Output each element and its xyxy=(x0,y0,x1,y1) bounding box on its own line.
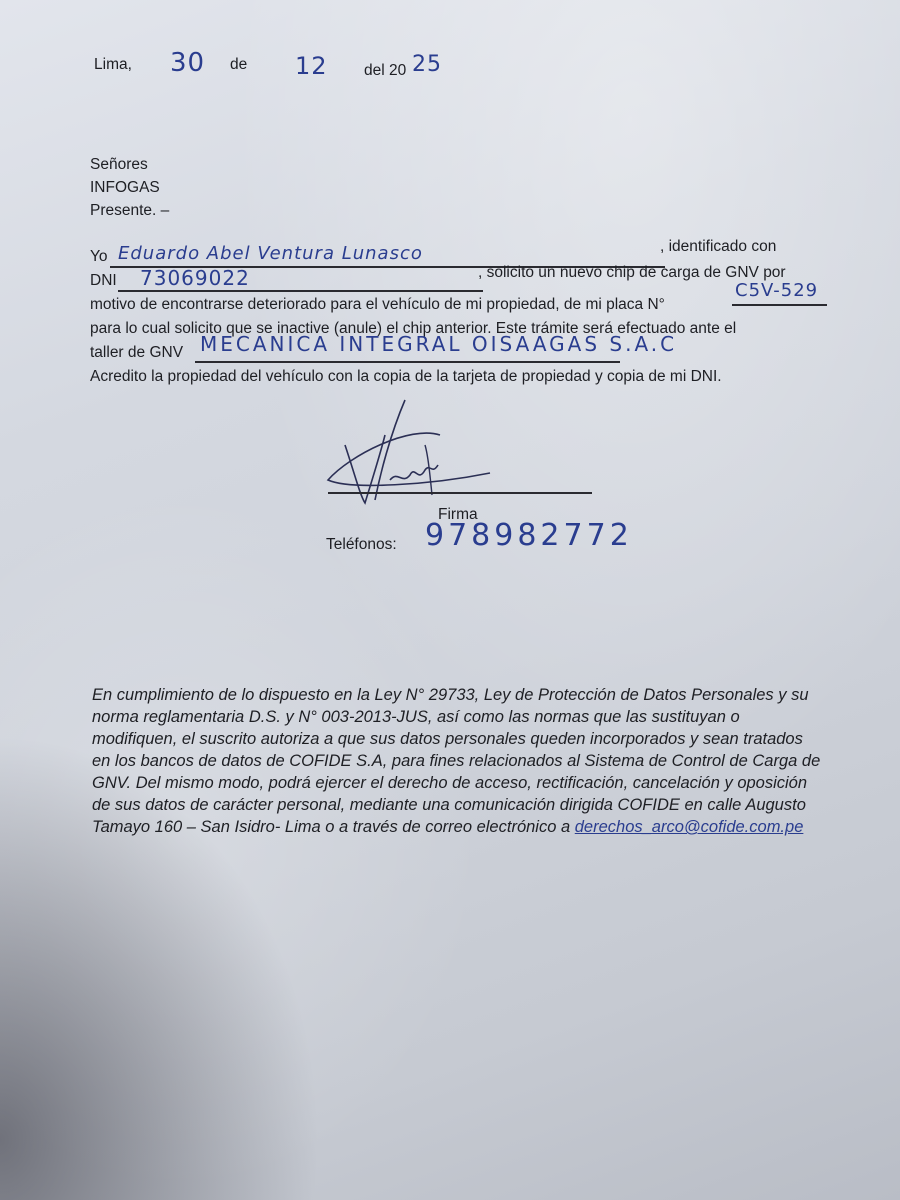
name-field: Eduardo Abel Ventura Lunasco xyxy=(118,243,423,264)
motivo-label: motivo de encontrarse deteriorado para e… xyxy=(90,296,665,314)
addressee-line3: Presente. – xyxy=(90,202,169,220)
taller-label: taller de GNV xyxy=(90,344,183,362)
signature-line xyxy=(328,492,592,494)
legal-line-2: norma reglamentaria D.S. y N° 003-2013-J… xyxy=(92,706,862,728)
taller-field: MECANICA INTEGRAL OISAAGAS S.A.C xyxy=(200,332,677,356)
legal-line-6: de sus datos de carácter personal, media… xyxy=(92,794,862,816)
placa-field: C5V-529 xyxy=(735,280,818,301)
legal-line-3: modifiquen, el suscrito autoriza a que s… xyxy=(92,728,862,750)
legal-line-4: en los bancos de datos de COFIDE S.A, pa… xyxy=(92,750,862,772)
taller-underline xyxy=(195,361,620,363)
identificado-label: , identificado con xyxy=(660,238,776,256)
addressee-line2: INFOGAS xyxy=(90,179,160,197)
addressee-line1: Señores xyxy=(90,156,148,174)
dni-label: DNI xyxy=(90,272,117,290)
de-label: de xyxy=(230,56,247,74)
dni-field: 73069022 xyxy=(140,266,250,290)
telefonos-label: Teléfonos: xyxy=(326,536,397,554)
cofide-email-link[interactable]: derechos_arco@cofide.com.pe xyxy=(575,818,804,836)
placa-underline xyxy=(732,304,827,306)
year-suffix: 25 xyxy=(412,52,442,77)
telefono-field: 978982772 xyxy=(425,518,633,553)
year-prefix: del 20 xyxy=(364,62,406,80)
legal-line-5: GNV. Del mismo modo, podrá ejercer el de… xyxy=(92,772,862,794)
legal-line-7: Tamayo 160 – San Isidro- Lima o a través… xyxy=(92,816,862,838)
yo-label: Yo xyxy=(90,248,108,266)
month-value: 12 xyxy=(295,52,328,80)
city-label: Lima, xyxy=(94,56,132,74)
acredito-label: Acredito la propiedad del vehículo con l… xyxy=(90,368,722,386)
dni-underline xyxy=(118,290,483,292)
legal-line-1: En cumplimiento de lo dispuesto en la Le… xyxy=(92,684,862,706)
day-value: 30 xyxy=(170,48,205,78)
legal-notice: En cumplimiento de lo dispuesto en la Le… xyxy=(92,684,862,838)
legal-line-7-text: Tamayo 160 – San Isidro- Lima o a través… xyxy=(92,818,570,836)
